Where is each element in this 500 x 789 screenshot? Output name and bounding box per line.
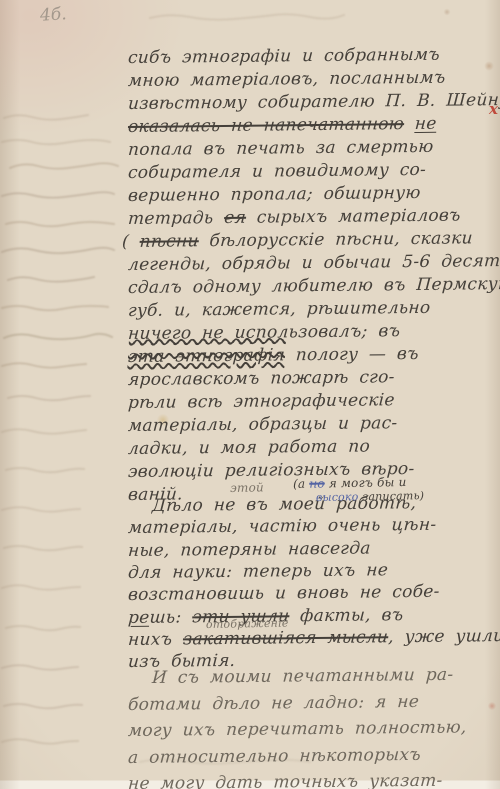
manuscript-line: эта этнографія пологу — въ <box>127 344 419 367</box>
handwritten-text: не <box>414 114 437 134</box>
handwritten-text: И съ моими печатанными ра- <box>151 665 454 688</box>
handwritten-text: рѣли всѣ этнографическіе <box>127 390 395 413</box>
handwritten-text: сырыхъ матеріаловъ <box>245 206 461 228</box>
manuscript-line: легенды, обряды и обычаи 5-6 десят.) <box>127 251 500 275</box>
handwritten-text: высоко <box>316 490 359 504</box>
interline-note-otobrazhenie: отображеніе <box>206 617 289 631</box>
handwritten-text: записать) <box>358 489 424 503</box>
handwritten-text: не могу дать точныхъ указат- <box>127 771 443 789</box>
handwritten-text: матеріалы, частію очень цѣн- <box>127 515 437 538</box>
handwritten-text: сдалъ одному любителю въ Пермскую <box>127 274 500 298</box>
handwritten-text: я могъ бы и <box>325 475 407 490</box>
handwritten-text: , уже ушли <box>388 626 500 647</box>
manuscript-line: могу ихъ перечитать полностью, <box>127 717 467 741</box>
manuscript-line: оказалась не напечатанною не <box>127 114 437 137</box>
manuscript-line: ничего не использовалъ; въ <box>127 321 400 344</box>
manuscript-line: вершенно пропала; обширную <box>127 183 421 206</box>
manuscript-line: собирателя и повидимому со- <box>127 160 426 183</box>
struck-text: ея <box>224 208 247 228</box>
interline-note-etoj: этой <box>230 480 264 495</box>
manuscript-line: мною матеріаловъ, посланнымъ <box>127 68 446 91</box>
handwritten-text: матеріалы, образцы и рас- <box>127 413 398 436</box>
handwritten-text: для науки: теперь ихъ не <box>127 560 388 583</box>
manuscript-line: матеріалы, образцы и рас- <box>127 413 398 436</box>
handwritten-text: (а <box>293 477 310 491</box>
manuscript-page: 4б. х сибъ этнографіи и собраннымъмною м… <box>0 0 500 789</box>
handwritten-text: губ. и, кажется, рѣшительно <box>127 298 431 321</box>
handwritten-text: ярославскомъ пожарѣ сго- <box>127 367 395 390</box>
handwritten-text: а относительно нѣкоторыхъ <box>127 744 421 767</box>
handwritten-text: возстановишь и вновь не собе- <box>127 582 440 605</box>
handwritten-text: тетрадь <box>127 208 224 229</box>
manuscript-line: возстановишь и вновь не собе- <box>127 582 440 605</box>
handwritten-text: этой <box>230 480 264 495</box>
manuscript-line: тетрадь ея сырыхъ матеріаловъ <box>127 206 461 229</box>
manuscript-line: ( пѣсни бѣлорусскіе пѣсни, сказки <box>121 228 473 252</box>
manuscript-line: сибъ этнографіи и собраннымъ <box>127 45 440 68</box>
struck-text: пѣсни <box>139 231 199 252</box>
manuscript-line: И съ моими печатанными ра- <box>151 665 454 688</box>
handwritten-text: извѣстному собирателю П. В. Шейну <box>127 90 500 114</box>
manuscript-line: ные, потеряны навсегда <box>127 538 371 561</box>
handwritten-text: ре <box>127 607 150 627</box>
handwritten-text: вершенно пропала; обширную <box>127 183 421 206</box>
margin-note-parenthesis-2: высоко записать) <box>316 489 424 504</box>
manuscript-line: матеріалы, частію очень цѣн- <box>127 515 437 538</box>
manuscript-line: сдалъ одному любителю въ Пермскую <box>127 274 500 298</box>
manuscript-line: ботами дѣло не ладно: я не <box>127 691 419 714</box>
struck-text: оказалась не напечатанною <box>127 114 404 137</box>
struck-text: но <box>309 476 325 490</box>
handwritten-text: ничего не использовалъ; въ <box>127 321 400 344</box>
handwritten-text: шь: <box>149 607 193 627</box>
handwritten-text: попала въ печать за смертью <box>127 137 434 160</box>
page-number: 4б. <box>39 4 67 26</box>
handwritten-text: ботами дѣло не ладно: я не <box>127 691 419 714</box>
handwritten-text: ладки, и моя работа по <box>127 436 370 459</box>
margin-note-parenthesis-1: (а но я могъ бы и <box>293 475 407 491</box>
handwritten-text: бѣлорусскіе пѣсни, сказки <box>198 228 473 251</box>
manuscript-line: ярославскомъ пожарѣ сго- <box>127 367 395 390</box>
manuscript-line: губ. и, кажется, рѣшительно <box>127 298 431 321</box>
handwritten-text: легенды, обряды и обычаи 5-6 десят.) <box>127 251 500 275</box>
manuscript-line: а относительно нѣкоторыхъ <box>127 744 421 767</box>
handwritten-text: нихъ <box>127 629 183 650</box>
manuscript-line: попала въ печать за смертью <box>127 137 434 160</box>
handwritten-text: ( <box>121 232 140 252</box>
handwritten-text: пологу — въ <box>284 344 419 365</box>
struck-text: эта этнографія <box>127 345 285 367</box>
handwritten-text: факты, въ <box>289 605 404 626</box>
handwritten-text: сибъ этнографіи и собраннымъ <box>127 45 440 68</box>
handwritten-text: мною матеріаловъ, посланнымъ <box>127 68 446 91</box>
manuscript-line: не могу дать точныхъ указат- <box>127 771 443 789</box>
manuscript-line: рѣли всѣ этнографическіе <box>127 390 395 413</box>
manuscript-line: нихъ закатившіяся мысли, уже ушли <box>127 626 500 650</box>
manuscript-line: извѣстному собирателю П. В. Шейну <box>127 90 500 114</box>
handwritten-text: отображеніе <box>206 617 289 631</box>
manuscript-line: ладки, и моя работа по <box>127 436 370 459</box>
handwritten-text: собирателя и повидимому со- <box>127 160 426 183</box>
handwritten-text: ные, потеряны навсегда <box>127 538 371 561</box>
handwritten-text: могу ихъ перечитать полностью, <box>127 717 467 741</box>
manuscript-line: для науки: теперь ихъ не <box>127 560 388 583</box>
